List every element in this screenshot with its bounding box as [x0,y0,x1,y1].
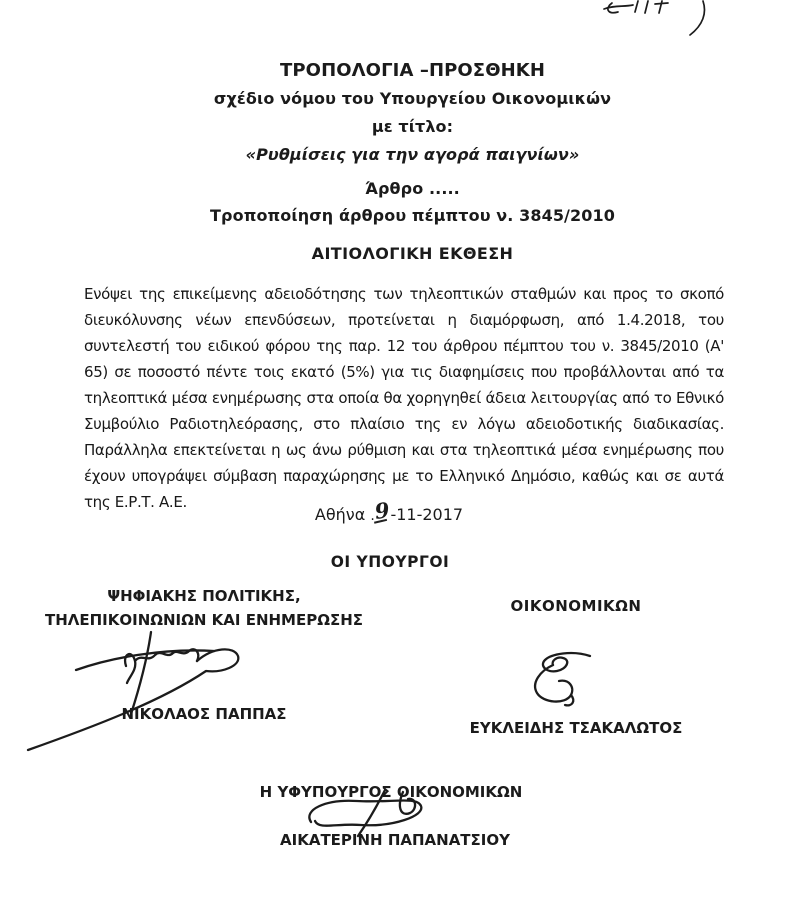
dateline-date-rest: -11-2017 [390,505,463,524]
title-label: με τίτλο: [25,117,800,136]
signature-pappas-icon [10,622,262,774]
left-minister-portfolio-line2: ΤΗΛΕΠΙΚΟΙΝΩΝΙΩΝ ΚΑΙ ΕΝΗΜΕΡΩΣΗΣ [28,611,380,629]
left-minister-portfolio-line1: ΨΗΦΙΑΚΗΣ ΠΟΛΙΤΙΚΗΣ, [28,587,380,605]
right-minister-portfolio: ΟΙΚΟΝΟΜΙΚΩΝ [440,597,712,615]
handwritten-day-digit: 9 [373,497,391,524]
dateline-city: Αθήνα [315,505,365,524]
section-title-explanatory-report: ΑΙΤΙΟΛΟΓΙΚΗ ΕΚΘΕΣΗ [25,244,800,263]
deputy-minister-name: ΑΙΚΑΤΕΡΙΝΗ ΠΑΠΑΝΑΤΣΙΟΥ [0,831,790,849]
ministers-heading: ΟΙ ΥΠΟΥΡΓΟΙ [0,553,780,571]
document-title: ΤΡΟΠΟΛΟΓΙΑ –ΠΡΟΣΘΗΚΗ [25,60,800,81]
article-number-line: Άρθρο ..... [25,179,800,198]
signature-tsakalotos-icon [520,648,598,710]
explanatory-report-paragraph: Ενόψει της επικείμενης αδειοδότησης των … [84,281,724,515]
handwritten-mark-top-right-icon [602,0,714,38]
right-minister-name: ΕΥΚΛΕΙΔΗΣ ΤΣΑΚΑΛΩΤΟΣ [440,719,712,737]
article-amendment-line: Τροποποίηση άρθρου πέμπτου ν. 3845/2010 [25,206,800,225]
scanned-document-page: ΤΡΟΠΟΛΟΓΙΑ –ΠΡΟΣΘΗΚΗ σχέδιο νόμου του Υπ… [0,0,800,924]
document-subtitle: σχέδιο νόμου του Υπουργείου Οικονομικών [25,89,800,108]
law-title-quote: «Ρυθμίσεις για την αγορά παιγνίων» [25,145,800,164]
left-minister-name: ΝΙΚΟΛΑΟΣ ΠΑΠΠΑΣ [28,705,380,723]
dateline: Αθήνα .9-11-2017 [0,500,778,525]
deputy-minister-title: Η ΥΦΥΠΟΥΡΓΟΣ ΟΙΚΟΝΟΜΙΚΩΝ [0,783,782,801]
